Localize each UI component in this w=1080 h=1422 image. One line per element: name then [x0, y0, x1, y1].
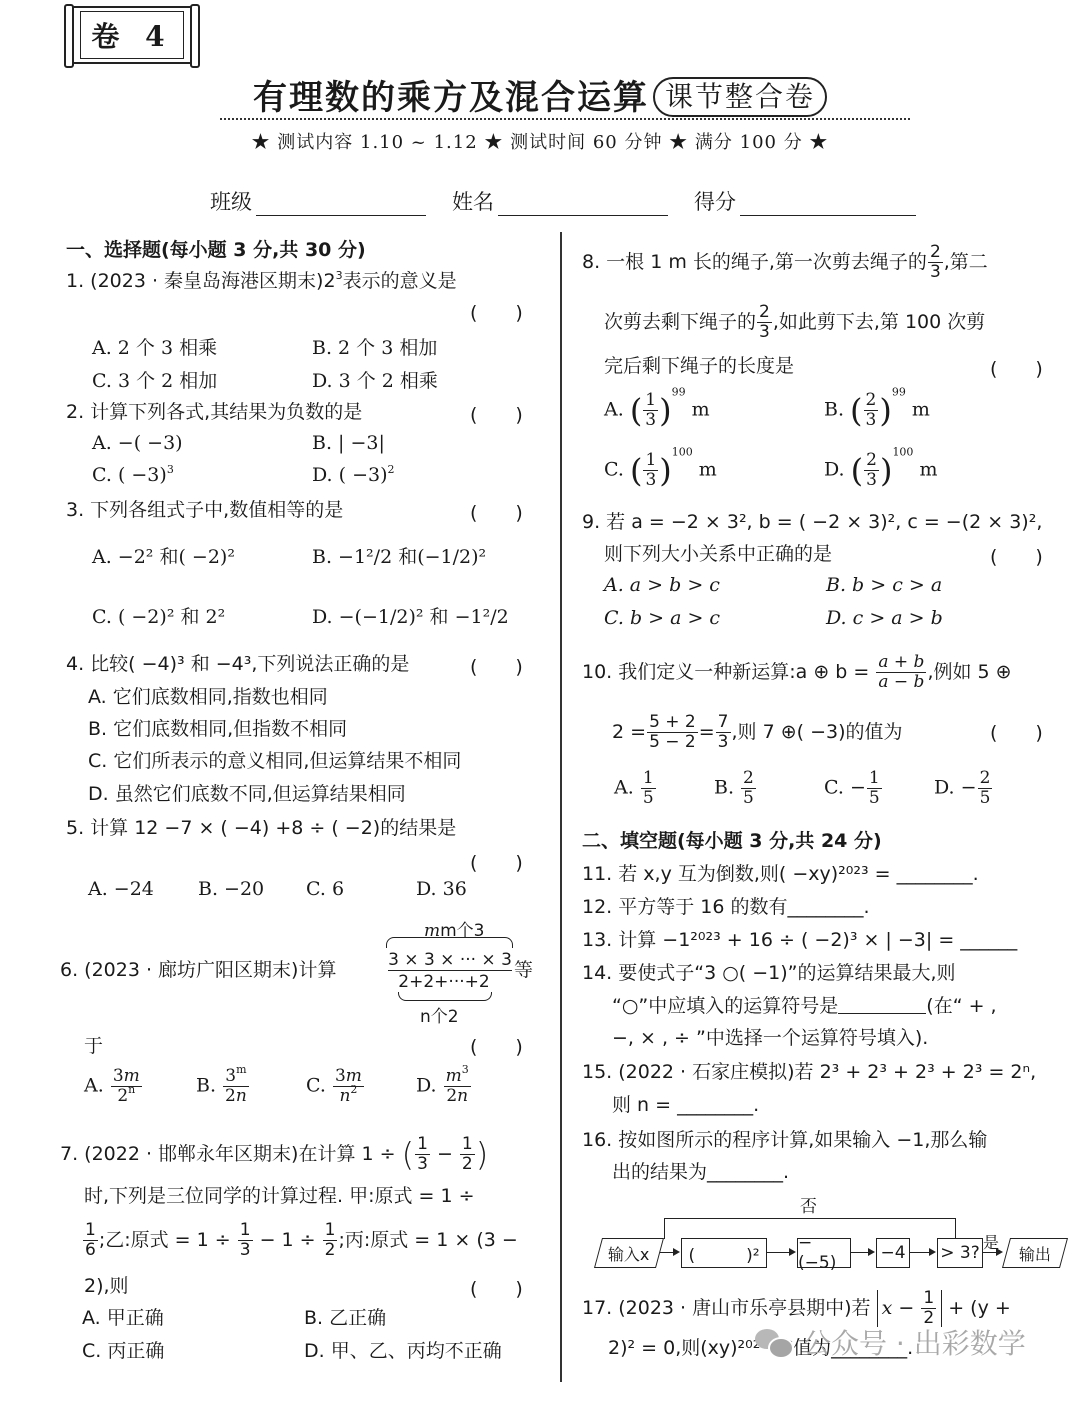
column-divider: [560, 232, 562, 1382]
q7-option-d: D. 甲、乙、丙均不正确: [304, 1336, 502, 1363]
section-2-title: 二、填空题(每小题 3 分,共 24 分): [582, 826, 882, 853]
question-9-line-1: 9. 若 a = −2 × 3², b = ( −2 × 3)², c = −(…: [582, 506, 1042, 538]
question-1: 1. (2023 · 秦皇岛海港区期末)23表示的意义是: [66, 265, 457, 297]
q3-option-a: A. −2² 和( −2)²: [92, 542, 235, 569]
question-7-line-2: 时,下列是三位同学的计算过程. 甲:原式 = 1 ÷: [84, 1180, 475, 1212]
q7-option-c: C. 丙正确: [82, 1336, 164, 1363]
page-title: 有理数的乘方及混合运算课节整合卷: [0, 70, 1080, 119]
question-11[interactable]: 11. 若 x,y 互为倒数,则( −xy)²⁰²³ = ________.: [582, 858, 979, 890]
q10-option-a: A. 15: [614, 770, 657, 807]
q10-option-c: C. −15: [824, 770, 883, 807]
q6-option-a: A. 3m2n: [84, 1068, 143, 1105]
q5-option-a: A. −24: [88, 878, 154, 900]
q4-option-d: D. 虽然它们底数不同,但运算结果相同: [88, 779, 406, 806]
question-8-line-2: 次剪去剩下绳子的23,如此剪下去,第 100 次剪: [604, 304, 985, 341]
q1-option-b: B. 2 个 3 相加: [312, 333, 437, 360]
q2-option-b: B. | −3|: [312, 432, 385, 454]
q2-option-a: A. −( −3): [92, 432, 183, 454]
bottom-brace: [398, 992, 492, 1001]
flow-no-label: 否: [800, 1192, 817, 1217]
question-16-line-1: 16. 按如图所示的程序计算,如果输入 −1,那么输: [582, 1124, 987, 1156]
q6-option-b: B. 3m2n: [196, 1068, 250, 1105]
flow-arrow-5: [983, 1252, 1001, 1253]
question-14-line-3: −, × , ÷ ”中选择一个运算符号填入).: [612, 1022, 928, 1054]
q6-denominator: 2+2+···+2: [398, 972, 490, 992]
answer-paren-5[interactable]: ( ): [470, 848, 523, 875]
q3-option-c: C. ( −2)² 和 2²: [92, 602, 225, 629]
q9-option-c: C. b > a > c: [604, 607, 720, 629]
question-6: 6. (2023 · 廊坊广阳区期末)计算: [60, 954, 336, 986]
question-5: 5. 计算 12 −7 × ( −4) +8 ÷ ( −2)的结果是: [66, 812, 456, 844]
question-8-line-1: 8. 一根 1 m 长的绳子,第一次剪去绳子的23,第二: [582, 244, 988, 281]
question-3: 3. 下列各组式子中,数值相等的是: [66, 494, 343, 526]
q10-option-d: D. −25: [934, 770, 993, 807]
answer-paren-10[interactable]: ( ): [990, 718, 1043, 745]
q3-option-d: D. −(−1/2)² 和 −1²/2: [312, 602, 509, 629]
class-field[interactable]: 班级: [210, 186, 426, 216]
q5-option-d: D. 36: [416, 878, 467, 900]
flow-input: 输入x: [594, 1238, 664, 1268]
q2-option-d: D. ( −3)2: [312, 464, 395, 486]
title-text: 有理数的乘方及混合运算: [253, 78, 649, 118]
question-15-line-1: 15. (2022 · 石家庄模拟)若 2³ + 2³ + 2³ + 2³ = …: [582, 1056, 1036, 1088]
q10-option-b: B. 25: [714, 770, 757, 807]
q9-option-b: B. b > c > a: [826, 574, 942, 596]
flow-arrow-2: [767, 1252, 794, 1253]
question-2: 2. 计算下列各式,其结果为负数的是: [66, 396, 362, 428]
q6-continuation: 于: [84, 1030, 103, 1062]
q1-option-a: A. 2 个 3 相乘: [92, 333, 217, 360]
flow-decision: > 3?: [937, 1238, 983, 1268]
question-4: 4. 比较( −4)³ 和 −4³,下列说法正确的是: [66, 648, 409, 680]
student-info-fields: 班级 姓名 得分: [210, 186, 916, 216]
answer-paren-7[interactable]: ( ): [470, 1274, 523, 1301]
q8-option-c: C. (13)100 m: [604, 452, 717, 489]
answer-paren-9[interactable]: ( ): [990, 542, 1043, 569]
flow-arrow-3: [851, 1252, 873, 1253]
q9-option-a: A. a > b > c: [604, 574, 720, 596]
q6-bottom-label: n个2: [420, 1002, 459, 1027]
question-10-line-1: 10. 我们定义一种新运算:a ⊕ b = a + ba − b,例如 5 ⊕: [582, 654, 1012, 691]
flow-step-minus4: −4: [876, 1238, 910, 1268]
answer-paren-6[interactable]: ( ): [470, 1032, 523, 1059]
answer-paren-1[interactable]: ( ): [470, 298, 523, 325]
question-7-line-1: 7. (2022 · 邯郸永年区期末)在计算 1 ÷ (13 − 12): [60, 1136, 488, 1173]
top-brace: [386, 937, 513, 948]
question-15-line-2[interactable]: 则 n = ________.: [612, 1089, 759, 1121]
q2-option-c: C. ( −3)3: [92, 464, 174, 486]
question-14-line-1: 14. 要使式子“3 ○( −1)”的运算结果最大,则: [582, 957, 956, 989]
answer-paren-2[interactable]: ( ): [470, 400, 523, 427]
flow-output: 输出: [1002, 1238, 1068, 1268]
q4-option-c: C. 它们所表示的意义相同,但运算结果不相同: [88, 746, 461, 773]
title-divider: [220, 118, 910, 120]
q6-option-d: D. m32n: [416, 1068, 472, 1105]
question-13[interactable]: 13. 计算 −1²⁰²³ + 16 ÷ ( −2)³ × | −3| = __…: [582, 924, 1017, 956]
q5-option-b: B. −20: [198, 878, 264, 900]
answer-paren-8[interactable]: ( ): [990, 354, 1043, 381]
question-9-line-2: 则下列大小关系中正确的是: [604, 538, 832, 570]
flow-arrow-1: [660, 1252, 678, 1253]
question-16-line-2[interactable]: 出的结果为________.: [612, 1156, 789, 1188]
q6-option-c: C. 3mn2: [306, 1068, 365, 1105]
q9-option-d: D. c > a > b: [826, 607, 943, 629]
q8-option-d: D. (23)100 m: [824, 452, 938, 489]
test-meta: ★ 测试内容 1.10 ~ 1.12 ★ 测试时间 60 分钟 ★ 满分 100…: [0, 128, 1080, 154]
answer-paren-4[interactable]: ( ): [470, 652, 523, 679]
q5-option-c: C. 6: [306, 878, 344, 900]
q4-option-b: B. 它们底数相同,但指数不相同: [88, 714, 347, 741]
watermark: 公众号 · 出彩数学: [755, 1322, 1026, 1362]
flow-step-minus-neg5: −(−5): [797, 1238, 851, 1268]
name-field[interactable]: 姓名: [452, 186, 668, 216]
question-7-line-3: 16;乙:原式 = 1 ÷ 13 − 1 ÷ 12;丙:原式 = 1 × (3 …: [82, 1222, 518, 1259]
paper-number: 卷 4: [80, 11, 184, 59]
q8-option-a: A. (13)99 m: [604, 392, 710, 429]
question-8-line-3: 完后剩下绳子的长度是: [604, 350, 794, 382]
q6-numerator: 3 × 3 × ··· × 3: [388, 950, 512, 971]
answer-paren-3[interactable]: ( ): [470, 498, 523, 525]
q1-option-c: C. 3 个 2 相加: [92, 366, 217, 393]
q6-suffix: 等: [514, 954, 533, 986]
paper-number-badge: 卷 4: [68, 6, 196, 64]
wechat-icon: [755, 1327, 795, 1357]
q8-option-b: B. (23)99 m: [824, 392, 930, 429]
title-tag: 课节整合卷: [653, 77, 827, 117]
q3-option-b: B. −1²/2 和(−1/2)²: [312, 542, 486, 569]
q7-option-b: B. 乙正确: [304, 1303, 386, 1330]
section-1-title: 一、选择题(每小题 3 分,共 30 分): [66, 235, 366, 262]
flow-arrow-4: [910, 1252, 934, 1253]
flow-step-square: ( )²: [681, 1238, 767, 1268]
q1-option-d: D. 3 个 2 相乘: [312, 366, 438, 393]
question-10-line-2: 2 =5 + 25 − 2=73,则 7 ⊕( −3)的值为: [612, 714, 903, 751]
question-7-line-4: 2),则: [84, 1270, 129, 1302]
q7-option-a: A. 甲正确: [82, 1303, 164, 1330]
question-14-line-2[interactable]: “○”中应填入的运算符号是(在“ + ,: [612, 990, 997, 1022]
q4-option-a: A. 它们底数相同,指数也相同: [88, 682, 328, 709]
score-field[interactable]: 得分: [694, 186, 916, 216]
question-12[interactable]: 12. 平方等于 16 的数有________.: [582, 891, 870, 923]
